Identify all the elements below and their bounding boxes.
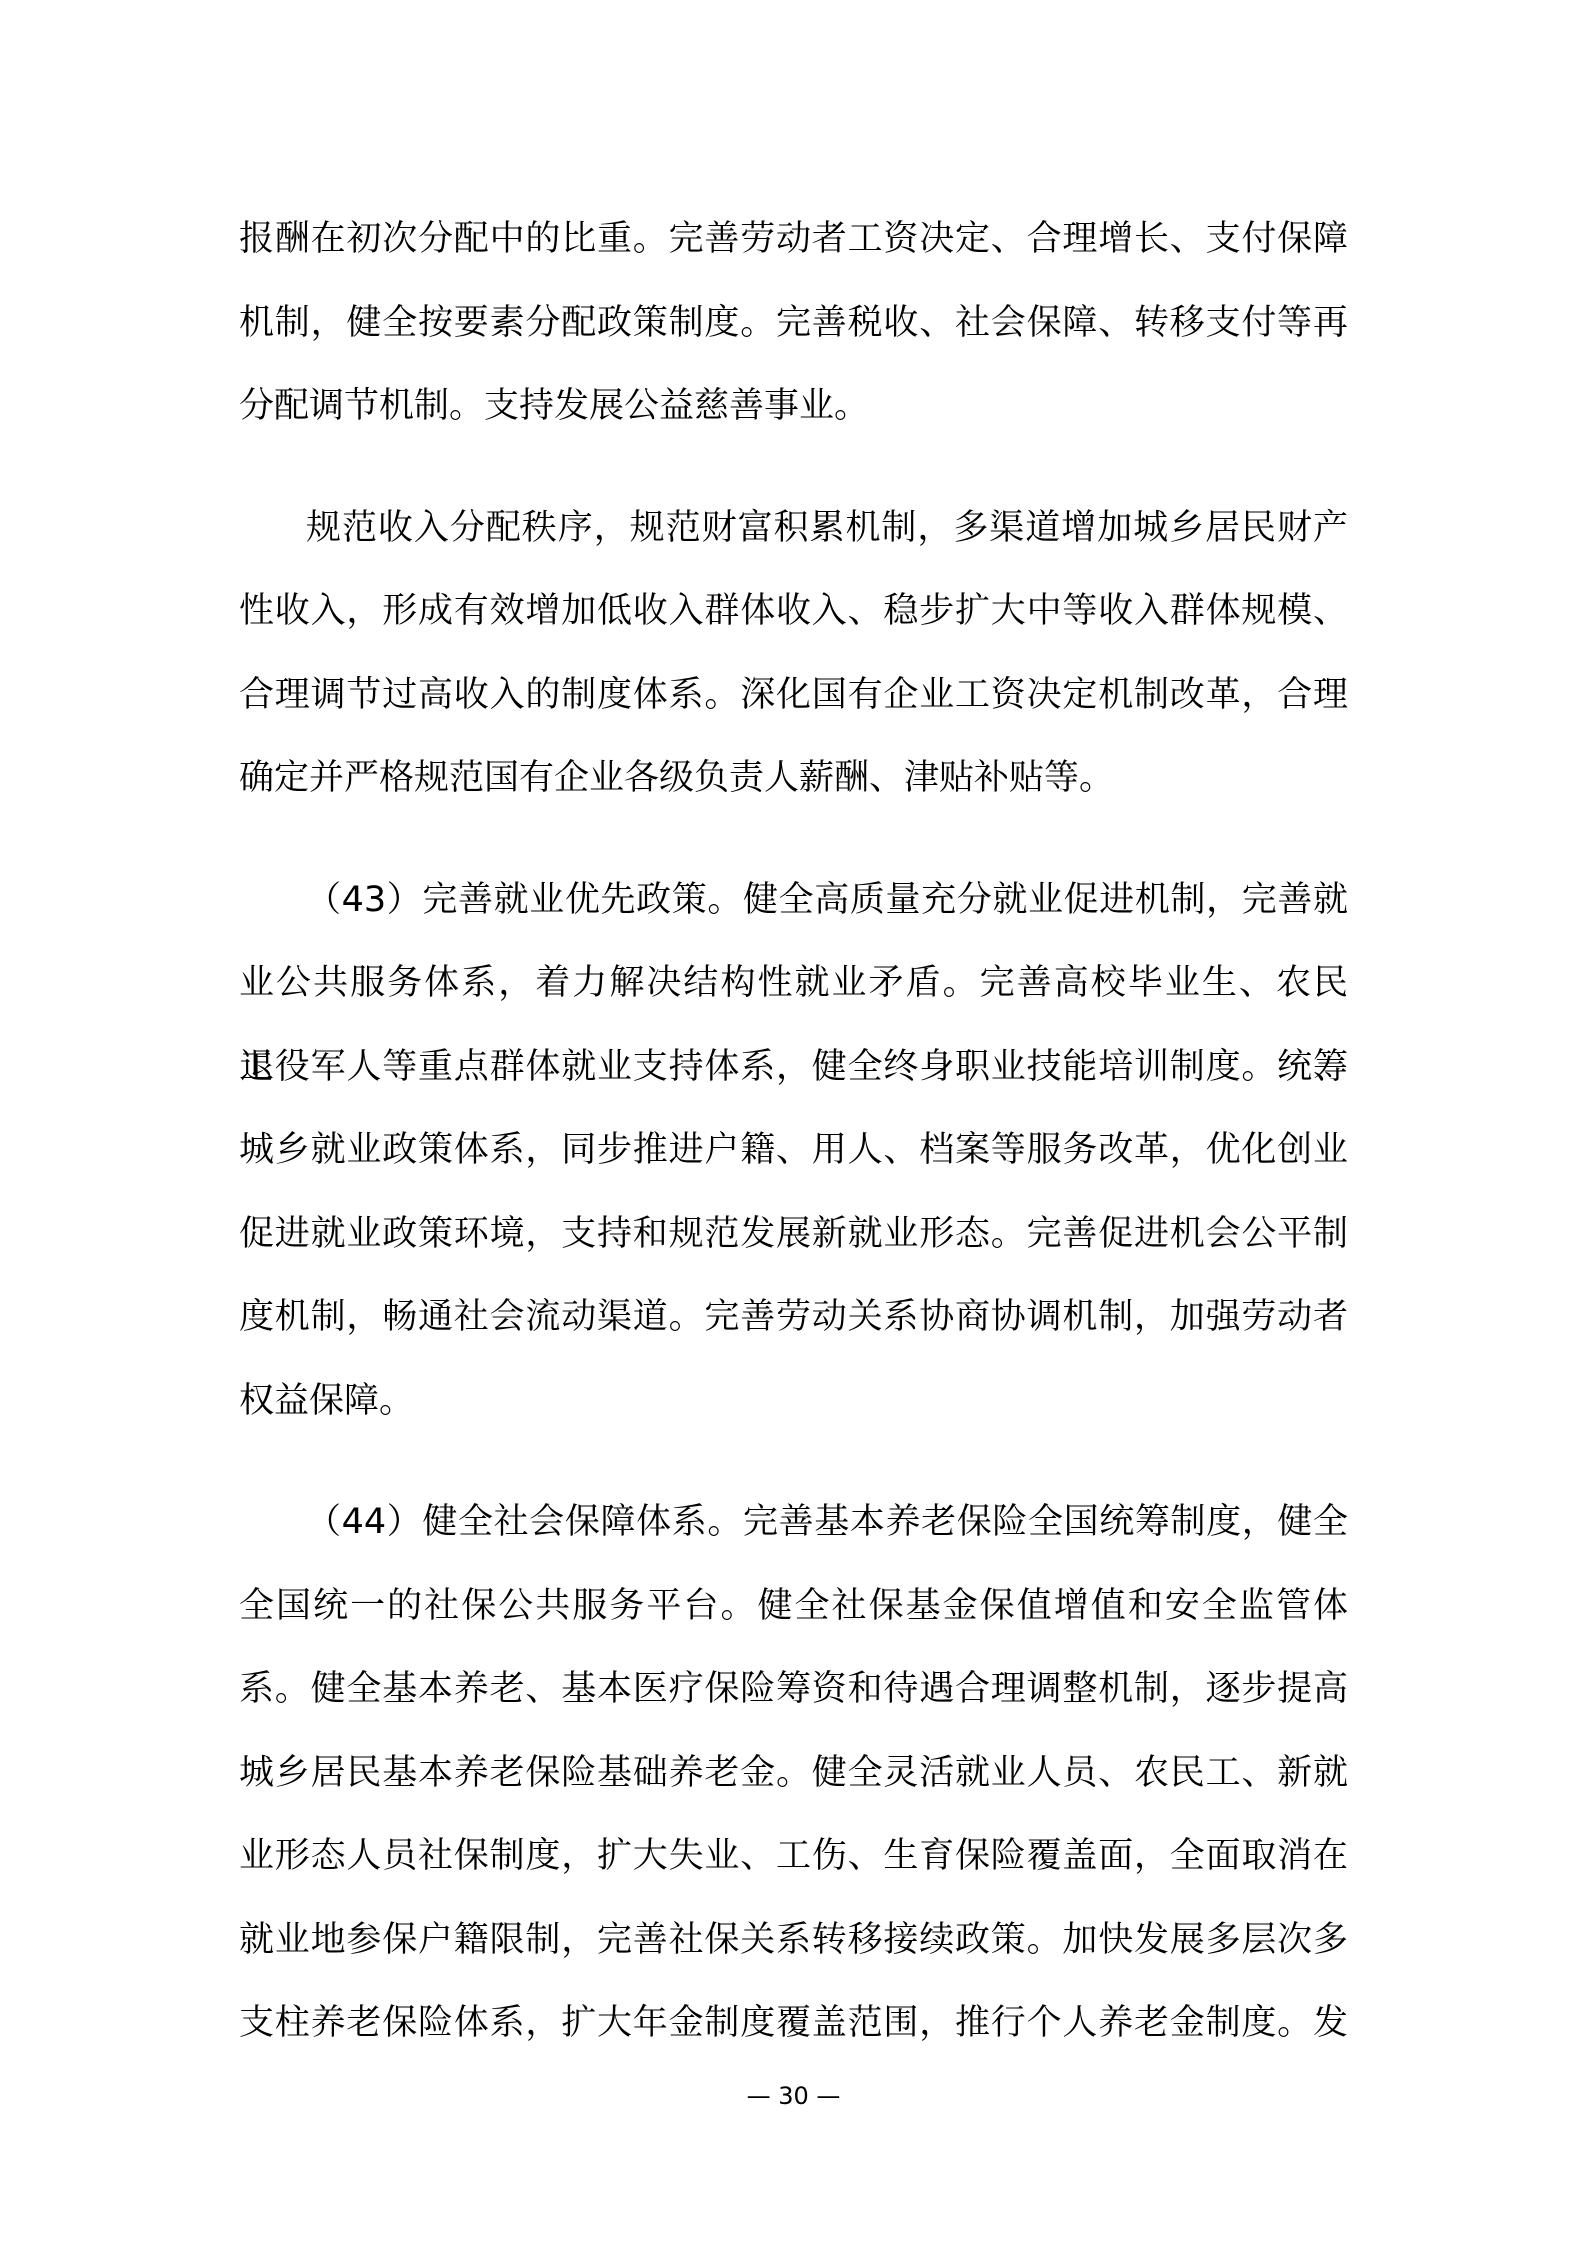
- text-line: 度机制，畅通社会流动渠道。完善劳动关系协商协调机制，加强劳动者: [239, 1276, 1348, 1360]
- paragraph-43-employment-policy: （43）完善就业优先政策。健全高质量充分就业促进机制，完善就 业公共服务体系，着…: [239, 859, 1348, 1444]
- text-line: 性收入，形成有效增加低收入群体收入、稳步扩大中等收入群体规模、: [239, 570, 1348, 654]
- text-line: 全国统一的社保公共服务平台。健全社保基金保值增值和安全监管体: [239, 1565, 1348, 1649]
- text-line: 城乡居民基本养老保险基础养老金。健全灵活就业人员、农民工、新就: [239, 1732, 1348, 1816]
- text-line: （44）健全社会保障体系。完善基本养老保险全国统筹制度，健全: [239, 1481, 1348, 1565]
- text-line: 权益保障。: [239, 1360, 1348, 1444]
- text-line: 业公共服务体系，着力解决结构性就业矛盾。完善高校毕业生、农民工、: [239, 942, 1348, 1026]
- text-line: 合理调节过高收入的制度体系。深化国有企业工资决定机制改革，合理: [239, 654, 1348, 738]
- document-page: 报酬在初次分配中的比重。完善劳动者工资决定、合理增长、支付保障 机制，健全按要素…: [0, 0, 1587, 2245]
- text-line: 支柱养老保险体系，扩大年金制度覆盖范围，推行个人养老金制度。发: [239, 1982, 1348, 2066]
- text-line: 系。健全基本养老、基本医疗保险筹资和待遇合理调整机制，逐步提高: [239, 1648, 1348, 1732]
- page-number: — 30 —: [0, 2082, 1587, 2110]
- text-line: 确定并严格规范国有企业各级负责人薪酬、津贴补贴等。: [239, 737, 1348, 821]
- paragraph-continuation: 报酬在初次分配中的比重。完善劳动者工资决定、合理增长、支付保障 机制，健全按要素…: [239, 198, 1348, 449]
- text-line: 退役军人等重点群体就业支持体系，健全终身职业技能培训制度。统筹: [239, 1026, 1348, 1110]
- text-line: （43）完善就业优先政策。健全高质量充分就业促进机制，完善就: [239, 859, 1348, 943]
- text-line: 就业地参保户籍限制，完善社保关系转移接续政策。加快发展多层次多: [239, 1899, 1348, 1983]
- text-line: 分配调节机制。支持发展公益慈善事业。: [239, 365, 1348, 449]
- text-line: 促进就业政策环境，支持和规范发展新就业形态。完善促进机会公平制: [239, 1193, 1348, 1277]
- paragraph-income-distribution: 规范收入分配秩序，规范财富积累机制，多渠道增加城乡居民财产 性收入，形成有效增加…: [239, 487, 1348, 821]
- paragraph-44-social-security: （44）健全社会保障体系。完善基本养老保险全国统筹制度，健全 全国统一的社保公共…: [239, 1481, 1348, 2066]
- document-text-block: 报酬在初次分配中的比重。完善劳动者工资决定、合理增长、支付保障 机制，健全按要素…: [239, 198, 1348, 2066]
- text-line: 城乡就业政策体系，同步推进户籍、用人、档案等服务改革，优化创业: [239, 1109, 1348, 1193]
- text-line: 报酬在初次分配中的比重。完善劳动者工资决定、合理增长、支付保障: [239, 198, 1348, 282]
- text-line: 规范收入分配秩序，规范财富积累机制，多渠道增加城乡居民财产: [239, 487, 1348, 571]
- text-line: 机制，健全按要素分配政策制度。完善税收、社会保障、转移支付等再: [239, 282, 1348, 366]
- text-line: 业形态人员社保制度，扩大失业、工伤、生育保险覆盖面，全面取消在: [239, 1815, 1348, 1899]
